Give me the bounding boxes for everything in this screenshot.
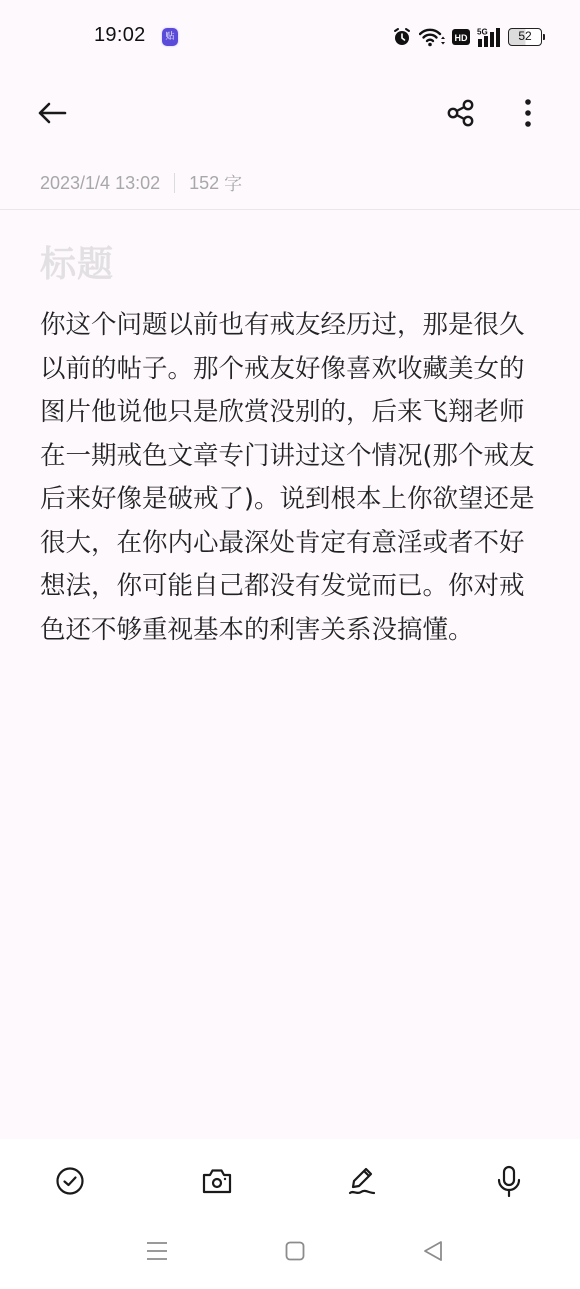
arrow-left-icon bbox=[37, 101, 67, 129]
voice-input-button[interactable] bbox=[485, 1161, 533, 1205]
checklist-button[interactable] bbox=[46, 1161, 94, 1205]
more-options-button[interactable] bbox=[504, 91, 552, 139]
note-meta: 2023/1/4 13:02 152 字 bbox=[40, 171, 242, 195]
app-notification-badge-icon: 贴 bbox=[162, 28, 178, 46]
hd-icon: HD bbox=[452, 29, 470, 45]
more-vertical-icon bbox=[523, 98, 533, 132]
svg-text:5G: 5G bbox=[477, 28, 488, 37]
char-count-value: 152 bbox=[189, 173, 219, 194]
handwriting-button[interactable] bbox=[338, 1161, 386, 1205]
note-body-line: 你这个问题以前也有戒友经历过，那是很久 bbox=[40, 304, 550, 348]
note-body-line: 后来好像是破戒了)。说到根本上你欲望还是 bbox=[40, 478, 550, 522]
note-datetime: 2023/1/4 13:02 bbox=[40, 173, 160, 194]
square-icon bbox=[285, 1241, 305, 1265]
note-body-line: 想法，你可能自己都没有发觉而已。你对戒 bbox=[40, 565, 550, 609]
menu-lines-icon bbox=[146, 1241, 168, 1265]
note-body-line: 很大，在你内心最深处肯定有意淫或者不好 bbox=[40, 522, 550, 566]
5g-signal-icon: 5G bbox=[477, 27, 501, 47]
note-body-line: 以前的帖子。那个戒友好像喜欢收藏美女的 bbox=[40, 348, 550, 392]
status-time: 19:02 bbox=[94, 24, 146, 47]
header-divider bbox=[0, 209, 580, 210]
char-count: 152 字 bbox=[189, 170, 242, 196]
wifi-icon bbox=[419, 27, 445, 47]
nav-back-button[interactable] bbox=[411, 1230, 455, 1276]
meta-divider bbox=[174, 173, 175, 193]
status-icons: HD 5G 52 bbox=[392, 26, 542, 48]
note-body-line: 色还不够重视基本的利害关系没搞懂。 bbox=[40, 609, 550, 653]
note-body-editor[interactable]: 你这个问题以前也有戒友经历过，那是很久 以前的帖子。那个戒友好像喜欢收藏美女的 … bbox=[40, 304, 550, 652]
note-body-line: 在一期戒色文章专门讲过这个情况(那个戒友 bbox=[40, 435, 550, 479]
system-nav-bar bbox=[0, 1230, 580, 1276]
nav-recents-button[interactable] bbox=[135, 1230, 179, 1276]
camera-button[interactable] bbox=[193, 1161, 241, 1205]
share-icon bbox=[446, 99, 476, 131]
pen-scribble-icon bbox=[347, 1165, 377, 1201]
camera-icon bbox=[202, 1167, 232, 1199]
note-editor-screen: 19:02 贴 bbox=[0, 0, 580, 1289]
microphone-icon bbox=[496, 1165, 522, 1201]
back-button[interactable] bbox=[28, 91, 76, 139]
app-bar bbox=[0, 84, 580, 146]
triangle-back-icon bbox=[423, 1240, 443, 1266]
share-button[interactable] bbox=[437, 91, 485, 139]
svg-text:HD: HD bbox=[455, 33, 468, 43]
note-title-input[interactable]: 标题 bbox=[40, 236, 114, 287]
alarm-icon bbox=[392, 27, 412, 47]
char-count-unit: 字 bbox=[224, 170, 242, 196]
nav-home-button[interactable] bbox=[273, 1230, 317, 1276]
note-body-line: 图片他说他只是欣赏没别的，后来飞翔老师 bbox=[40, 391, 550, 435]
battery-icon: 52 bbox=[508, 28, 542, 46]
status-bar: 19:02 贴 bbox=[0, 0, 580, 74]
check-circle-icon bbox=[55, 1166, 85, 1200]
